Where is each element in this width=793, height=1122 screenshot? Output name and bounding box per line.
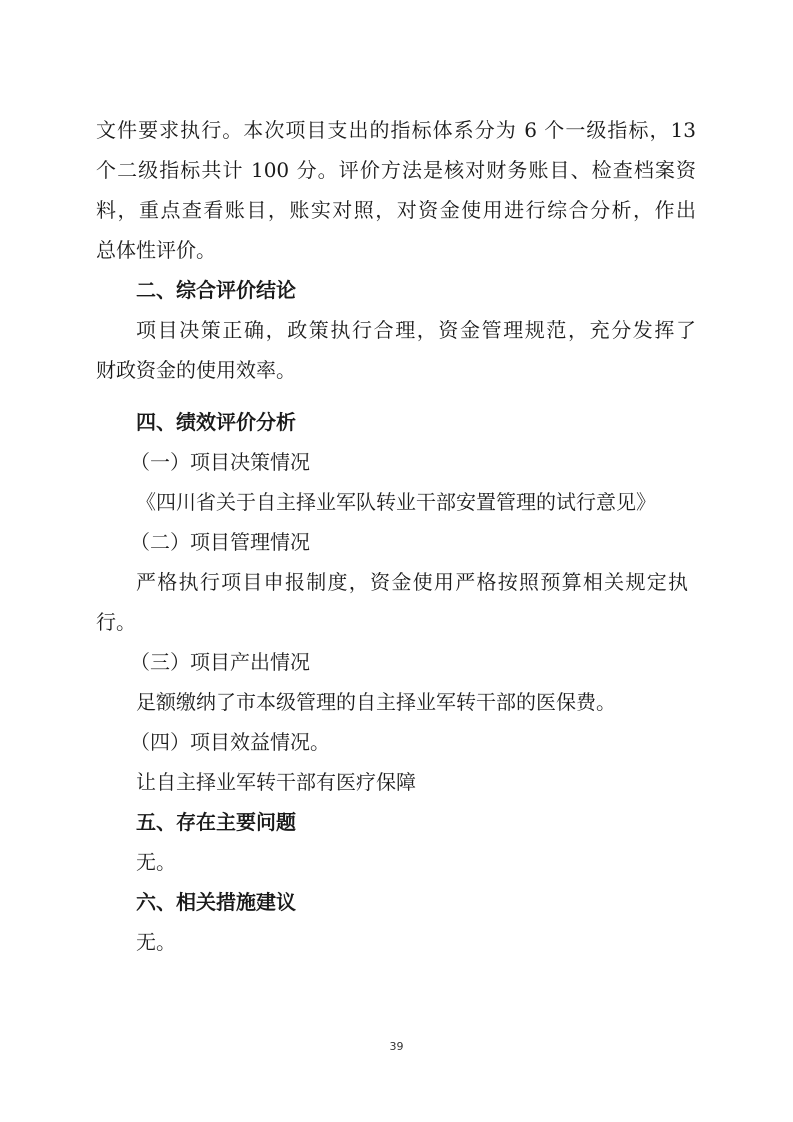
paragraph-line: 料，重点查看账目，账实对照，对资金使用进行综合分析，作出 bbox=[96, 196, 696, 224]
section-heading: 四、绩效评价分析 bbox=[136, 408, 296, 436]
subsection-title: （四）项目效益情况。 bbox=[130, 728, 330, 756]
page-number: 39 bbox=[0, 1040, 793, 1053]
paragraph-line: 无。 bbox=[136, 928, 176, 956]
paragraph-line: 《四川省关于自主择业军队转业干部安置管理的试行意见》 bbox=[136, 488, 656, 516]
paragraph-line: 总体性评价。 bbox=[96, 236, 216, 264]
paragraph-line: 个二级指标共计 100 分。评价方法是核对财务账目、检查档案资 bbox=[96, 156, 696, 184]
paragraph-line: 财政资金的使用效率。 bbox=[96, 356, 296, 384]
subsection-title: （一）项目决策情况 bbox=[130, 448, 310, 476]
subsection-title: （三）项目产出情况 bbox=[130, 648, 310, 676]
subsection-title: （二）项目管理情况 bbox=[130, 528, 310, 556]
paragraph-line: 项目决策正确，政策执行合理，资金管理规范，充分发挥了 bbox=[136, 316, 696, 344]
paragraph-line: 让自主择业军转干部有医疗保障 bbox=[136, 768, 416, 796]
paragraph-line: 严格执行项目申报制度，资金使用严格按照预算相关规定执 bbox=[136, 568, 688, 596]
paragraph-line: 文件要求执行。本次项目支出的指标体系分为 6 个一级指标，13 bbox=[96, 116, 696, 144]
section-heading: 二、综合评价结论 bbox=[136, 276, 296, 304]
paragraph-line: 行。 bbox=[96, 608, 136, 636]
section-heading: 五、存在主要问题 bbox=[136, 808, 296, 836]
paragraph-line: 无。 bbox=[136, 848, 176, 876]
paragraph-line: 足额缴纳了市本级管理的自主择业军转干部的医保费。 bbox=[136, 688, 616, 716]
section-heading: 六、相关措施建议 bbox=[136, 888, 296, 916]
